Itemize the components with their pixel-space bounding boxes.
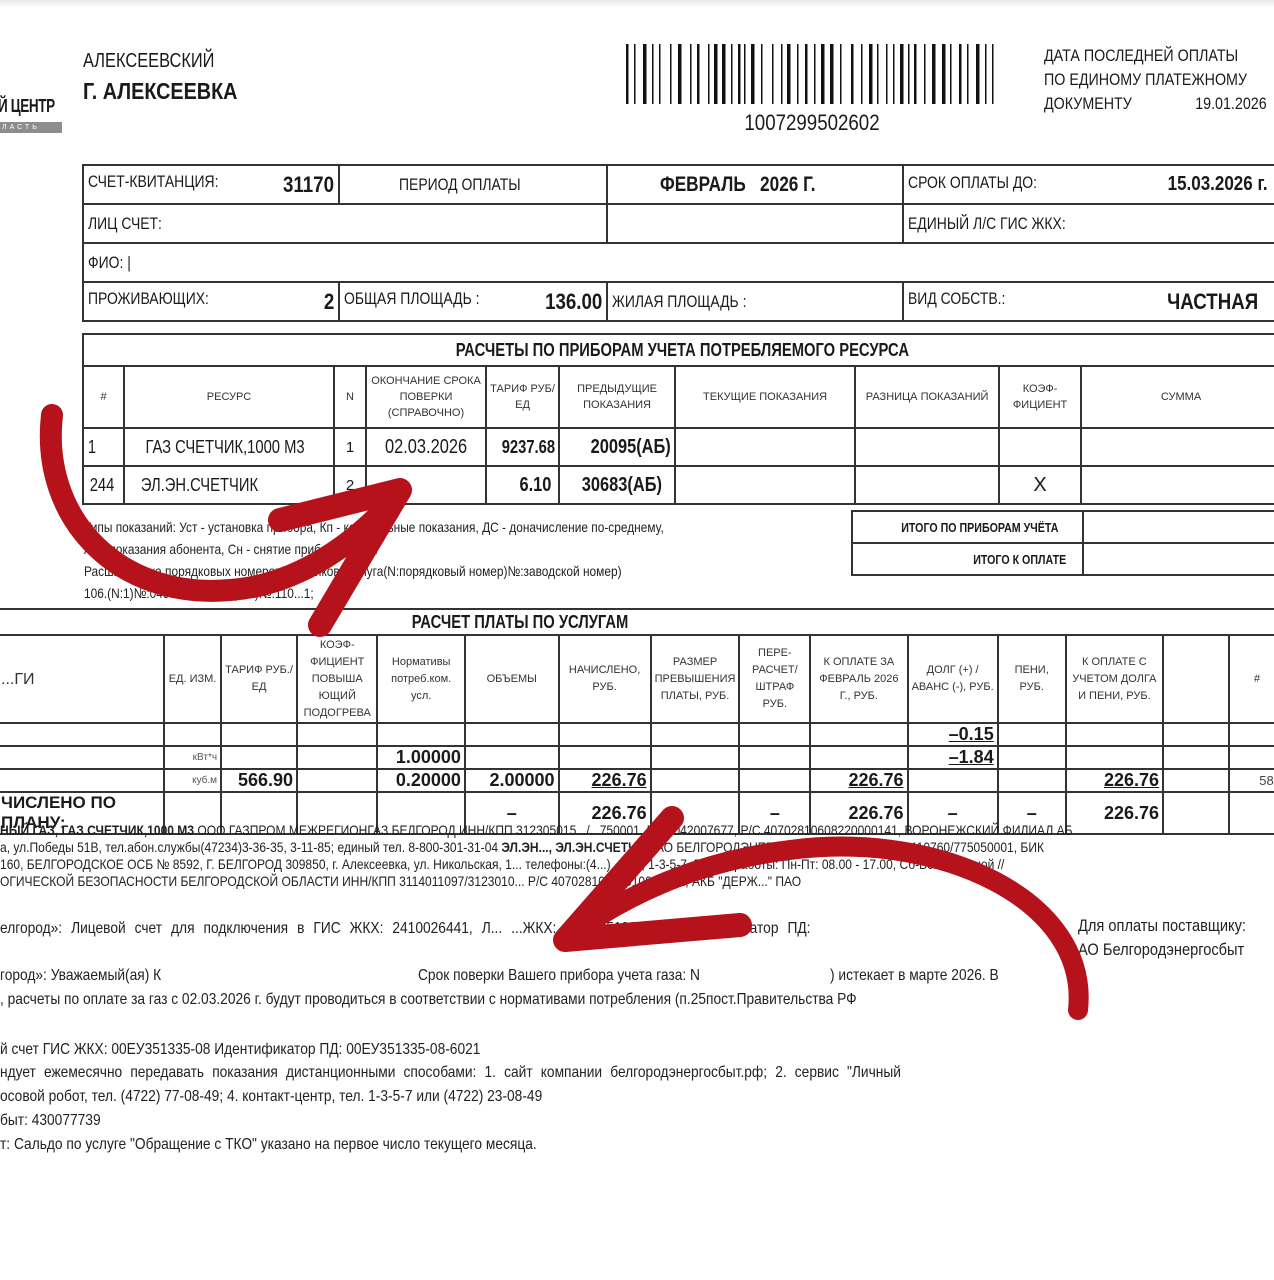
- last-payment-label-1: ДАТА ПОСЛЕДНЕЙ ОПЛАТЫ: [1044, 44, 1247, 68]
- meter-num: 1: [88, 437, 96, 458]
- service-unit: кВт*ч: [164, 746, 221, 769]
- requisite-service: НЫЙ ГАЗ, ГАЗ СЧЕТЧИК,1000 М3: [0, 822, 194, 838]
- notice-line-2: , расчеты по оплате за газ с 02.03.2026 …: [0, 991, 857, 1009]
- meter-resource: ЭЛ.ЭН.СЧЕТЧИК: [141, 475, 258, 496]
- page-edge-shadow: [0, 0, 1274, 8]
- service-charged: 226.76: [559, 769, 651, 792]
- meters-col-verify: ОКОНЧАНИЕ СРОКА ПОВЕРКИ (СПРАВОЧНО): [366, 366, 486, 428]
- note-line: Типы показаний: Уст - установка прибора,…: [84, 516, 664, 538]
- meters-col-prev: ПРЕДЫДУЩИЕ ПОКАЗАНИЯ: [559, 366, 675, 428]
- meter-notes: Типы показаний: Уст - установка прибора,…: [84, 516, 664, 604]
- last-payment-label-2: ПО ЕДИНОМУ ПЛАТЕЖНОМУ: [1044, 68, 1247, 92]
- last-payment-date: 19.01.2026: [1195, 92, 1266, 116]
- services-col: РАЗМЕР ПРЕВЫШЕНИЯ ПЛАТЫ, РУБ.: [651, 635, 740, 723]
- account-label: ЛИЦ СЧЕТ:: [88, 214, 162, 234]
- service-num: 584: [1229, 769, 1274, 792]
- service-excess: [651, 723, 740, 746]
- requisite-line: ОГИЧЕСКОЙ БЕЗОПАСНОСТИ БЕЛГОРОДСКОЙ ОБЛА…: [0, 873, 1073, 890]
- meter-num: 244: [90, 475, 115, 496]
- total-pay-value: [1083, 543, 1274, 575]
- meters-header-row: # РЕСУРС N ОКОНЧАНИЕ СРОКА ПОВЕРКИ (СПРА…: [83, 366, 1274, 428]
- services-col: #: [1229, 635, 1274, 723]
- living-area-label: ЖИЛАЯ ПЛОЩАДЬ :: [612, 292, 746, 312]
- account-line: быт: 430077739: [0, 1112, 101, 1130]
- requisite-text: а, ул.Победы 51В, тел.абон.службы(47234)…: [0, 839, 501, 855]
- service-blank: [1163, 746, 1229, 769]
- services-col: ДОЛГ (+) / АВАНС (-), РУБ.: [908, 635, 998, 723]
- meters-col-num: #: [83, 366, 124, 428]
- ownership-value: ЧАСТНАЯ: [1167, 289, 1258, 315]
- meter-diff: [855, 428, 999, 466]
- meter-resource: ГАЗ СЧЕТЧИК,1000 М3: [145, 437, 304, 458]
- gis-line: елгород»: Лицевой счет для подключения в…: [0, 920, 811, 938]
- services-col: КОЭФ-ФИЦИЕНТ ПОВЫША ЮЩИЙ ПОДОГРЕВА: [297, 635, 377, 723]
- service-total: [1066, 723, 1163, 746]
- total-pay-label: ИТОГО К ОПЛАТЕ: [973, 552, 1066, 567]
- requisite-line: а, ул.Победы 51В, тел.абон.службы(47234)…: [0, 839, 1073, 856]
- services-col: ТАРИФ РУБ./ЕД: [221, 635, 297, 723]
- service-unit: куб.м: [164, 769, 221, 792]
- service-charged: [559, 723, 651, 746]
- service-num: 1: [1229, 723, 1274, 746]
- meters-title: РАСЧЕТЫ ПО ПРИБОРАМ УЧЕТА ПОТРЕБЛЯЕМОГО …: [455, 340, 908, 361]
- meter-coef: X: [999, 466, 1081, 504]
- notice-line-b: Срок поверки Вашего прибора учета газа: …: [418, 967, 700, 985]
- meter-sum: [1081, 466, 1274, 504]
- residents-label: ПРОЖИВАЮЩИХ:: [88, 289, 209, 309]
- service-recalc: [739, 769, 810, 792]
- service-to-pay: [810, 723, 907, 746]
- service-to-pay: 226.76: [810, 769, 907, 792]
- remote-line-2: осовой робот, тел. (4722) 77-08-49; 4. к…: [0, 1088, 542, 1106]
- services-table: РАСЧЕТ ПЛАТЫ ПО УСЛУГАМ ...ГИЕД. ИЗМ.ТАР…: [0, 608, 1274, 835]
- logo-text: Й ЦЕНТР: [0, 96, 55, 117]
- service-coef: [297, 746, 377, 769]
- service-recalc: [739, 723, 810, 746]
- services-col: [1163, 635, 1229, 723]
- services-col: К ОПЛАТЕ С УЧЕТОМ ДОЛГА И ПЕНИ, РУБ.: [1066, 635, 1163, 723]
- service-debt: –1.84: [908, 746, 998, 769]
- services-col: ПЕНИ, РУБ.: [998, 635, 1066, 723]
- service-coef: [297, 723, 377, 746]
- total-meters-value: [1083, 511, 1274, 543]
- invoice-number: 31170: [283, 172, 334, 198]
- meter-verify-end: 02.03.2026: [385, 436, 467, 459]
- period-label: ПЕРИОД ОПЛАТЫ: [399, 175, 521, 195]
- requisite-text: ОГИЧЕСКОЙ БЕЗОПАСНОСТИ БЕЛГОРОДСКОЙ ОБЛА…: [0, 873, 801, 889]
- meters-col-resource: РЕСУРС: [124, 366, 334, 428]
- services-col: ОБЪЕМЫ: [465, 635, 559, 723]
- service-coef: [297, 769, 377, 792]
- due-value: 15.03.2026 г.: [1168, 173, 1268, 196]
- service-name: [0, 769, 164, 792]
- services-col: НАЧИСЛЕНО, РУБ.: [559, 635, 651, 723]
- meter-prev: 20095(АБ): [591, 436, 671, 459]
- gis-account-line: й счет ГИС ЖКХ: 00ЕУ351335-08 Идентифика…: [0, 1041, 480, 1059]
- service-charged: [559, 746, 651, 769]
- meter-coef: [999, 428, 1081, 466]
- service-tariff: [221, 746, 297, 769]
- service-row: куб.м566.900.200002.00000226.76226.76226…: [0, 769, 1274, 792]
- meter-row: 1 ГАЗ СЧЕТЧИК,1000 М3 1 02.03.2026 9237.…: [83, 428, 1274, 466]
- requisite-service: ЭЛ.ЭН..., ЭЛ.ЭН.СЧЕТЧИК: [501, 839, 652, 855]
- service-volume: [465, 723, 559, 746]
- service-name: [0, 723, 164, 746]
- district-name: АЛЕКСЕЕВСКИЙ: [83, 50, 214, 73]
- supplier-requisites: НЫЙ ГАЗ, ГАЗ СЧЕТЧИК,1000 М3 ООО ГАЗПРОМ…: [0, 822, 1073, 890]
- service-norm: 1.00000: [377, 746, 465, 769]
- service-recalc: [739, 746, 810, 769]
- plan-blank: [1163, 792, 1229, 834]
- service-unit: [164, 723, 221, 746]
- meter-n: 1: [334, 428, 366, 466]
- tko-line: т: Сальдо по услуге "Обращение с ТКО" ук…: [0, 1136, 537, 1154]
- meter-diff: [855, 466, 999, 504]
- last-payment-block: ДАТА ПОСЛЕДНЕЙ ОПЛАТЫ ПО ЕДИНОМУ ПЛАТЕЖН…: [1044, 44, 1247, 116]
- meter-curr: [675, 428, 855, 466]
- services-col: К ОПЛАТЕ ЗА ФЕВРАЛЬ 2026 Г., РУБ.: [810, 635, 907, 723]
- service-fine: [998, 723, 1066, 746]
- meter-n: 2: [334, 466, 366, 504]
- meters-col-n: N: [334, 366, 366, 428]
- meters-table: РАСЧЕТЫ ПО ПРИБОРАМ УЧЕТА ПОТРЕБЛЯЕМОГО …: [82, 333, 1274, 505]
- services-title: РАСЧЕТ ПЛАТЫ ПО УСЛУГАМ: [412, 612, 629, 633]
- services-col: ...ГИ: [0, 635, 164, 723]
- due-label: СРОК ОПЛАТЫ ДО:: [908, 173, 1037, 193]
- meter-tariff: 9237.68: [502, 437, 555, 458]
- service-num: 2: [1229, 746, 1274, 769]
- service-volume: [465, 746, 559, 769]
- service-tariff: [221, 723, 297, 746]
- pay-supplier-name: АО Белгородэнергосбыт: [1078, 940, 1244, 960]
- total-meters-label: ИТОГО ПО ПРИБОРАМ УЧЁТА: [902, 520, 1059, 535]
- requisite-text: 160, БЕЛГОРОДСКОЕ ОСБ № 8592, Г. БЕЛГОРО…: [0, 856, 1004, 872]
- requisite-line: НЫЙ ГАЗ, ГАЗ СЧЕТЧИК,1000 М3 ООО ГАЗПРОМ…: [0, 822, 1073, 839]
- plan-total: 226.76: [1066, 792, 1163, 834]
- meters-col-tariff: ТАРИФ РУБ/ЕД: [486, 366, 559, 428]
- gis-account-label: ЕДИНЫЙ Л/С ГИС ЖКХ:: [908, 214, 1066, 234]
- meters-col-coef: КОЭФ-ФИЦИЕНТ: [999, 366, 1081, 428]
- service-to-pay: [810, 746, 907, 769]
- meter-curr: [675, 466, 855, 504]
- meter-sum: [1081, 428, 1274, 466]
- services-col: Нормативы потреб.ком. усл.: [377, 635, 465, 723]
- notice-line-a: город»: Уважаемый(ая) К: [0, 967, 161, 985]
- meter-verify-end: [366, 466, 486, 504]
- total-area-value: 136.00: [545, 289, 602, 315]
- service-name: [0, 746, 164, 769]
- service-norm: [377, 723, 465, 746]
- barcode-icon: [626, 44, 998, 104]
- note-line: Расшифровка порядковых номеров счетчиков…: [84, 560, 664, 582]
- total-area-label: ОБЩАЯ ПЛОЩАДЬ :: [344, 289, 479, 309]
- meter-prev: 30683(АБ): [582, 474, 662, 497]
- fio-label: ФИО: |: [88, 253, 131, 273]
- service-norm: 0.20000: [377, 769, 465, 792]
- notice-line-c: ) истекает в марте 2026. В: [830, 967, 999, 985]
- service-excess: [651, 769, 740, 792]
- services-header-row: ...ГИЕД. ИЗМ.ТАРИФ РУБ./ЕДКОЭФ-ФИЦИЕНТ П…: [0, 635, 1274, 723]
- meter-row: 244 ЭЛ.ЭН.СЧЕТЧИК 2 6.10 30683(АБ) X: [83, 466, 1274, 504]
- ownership-label: ВИД СОБСТВ.:: [908, 289, 1005, 309]
- service-fine: [998, 769, 1066, 792]
- service-total: 226.76: [1066, 769, 1163, 792]
- meters-col-curr: ТЕКУЩИЕ ПОКАЗАНИЯ: [675, 366, 855, 428]
- meters-col-diff: РАЗНИЦА ПОКАЗАНИЙ: [855, 366, 999, 428]
- service-row: кВт*ч1.00000–1.842: [0, 746, 1274, 769]
- service-tariff: 566.90: [221, 769, 297, 792]
- service-debt: –0.15: [908, 723, 998, 746]
- note-line: Аб - показания абонента, Сн - снятие при…: [84, 538, 664, 560]
- service-total: [1066, 746, 1163, 769]
- account-info-grid: СЧЕТ-КВИТАНЦИЯ:31170 ПЕРИОД ОПЛАТЫ ФЕВРА…: [82, 164, 1274, 322]
- pay-supplier-label: Для оплаты поставщику:: [1078, 916, 1246, 936]
- logo-subtext: ЛАСТЬ: [0, 122, 62, 133]
- service-row: –0.151: [0, 723, 1274, 746]
- plan-num: [1229, 792, 1274, 834]
- services-col: ПЕРЕ-РАСЧЕТ/ ШТРАФ РУБ.: [739, 635, 810, 723]
- requisite-text: АО БЕЛГОРОДЭНЕРГОСБЫТ ИНН/КПП 3123110760…: [653, 839, 1044, 855]
- service-blank: [1163, 723, 1229, 746]
- meter-totals: ИТОГО ПО ПРИБОРАМ УЧЁТА ИТОГО К ОПЛАТЕ: [851, 510, 1274, 576]
- service-volume: 2.00000: [465, 769, 559, 792]
- service-fine: [998, 746, 1066, 769]
- residents-value: 2: [324, 289, 334, 315]
- requisite-text: ООО ГАЗПРОМ МЕЖРЕГИОНГАЗ БЕЛГОРОД ИНН/КП…: [194, 822, 1072, 838]
- remote-line-1: ндует ежемесячно передавать показания ди…: [0, 1064, 901, 1082]
- service-debt: [908, 769, 998, 792]
- requisite-line: 160, БЕЛГОРОДСКОЕ ОСБ № 8592, Г. БЕЛГОРО…: [0, 856, 1073, 873]
- invoice-label: СЧЕТ-КВИТАНЦИЯ:: [88, 172, 218, 192]
- period-value: ФЕВРАЛЬ 2026 Г.: [660, 173, 816, 197]
- barcode-number: 1007299502602: [654, 110, 970, 136]
- service-excess: [651, 746, 740, 769]
- meters-col-sum: СУММА: [1081, 366, 1274, 428]
- service-blank: [1163, 769, 1229, 792]
- town-name: Г. АЛЕКСЕЕВКА: [83, 78, 237, 105]
- meter-tariff: 6.10: [520, 474, 552, 497]
- services-col: ЕД. ИЗМ.: [164, 635, 221, 723]
- note-line: 106.(N:1)№:04954850, 244.(N:2)№:110...1;: [84, 582, 664, 604]
